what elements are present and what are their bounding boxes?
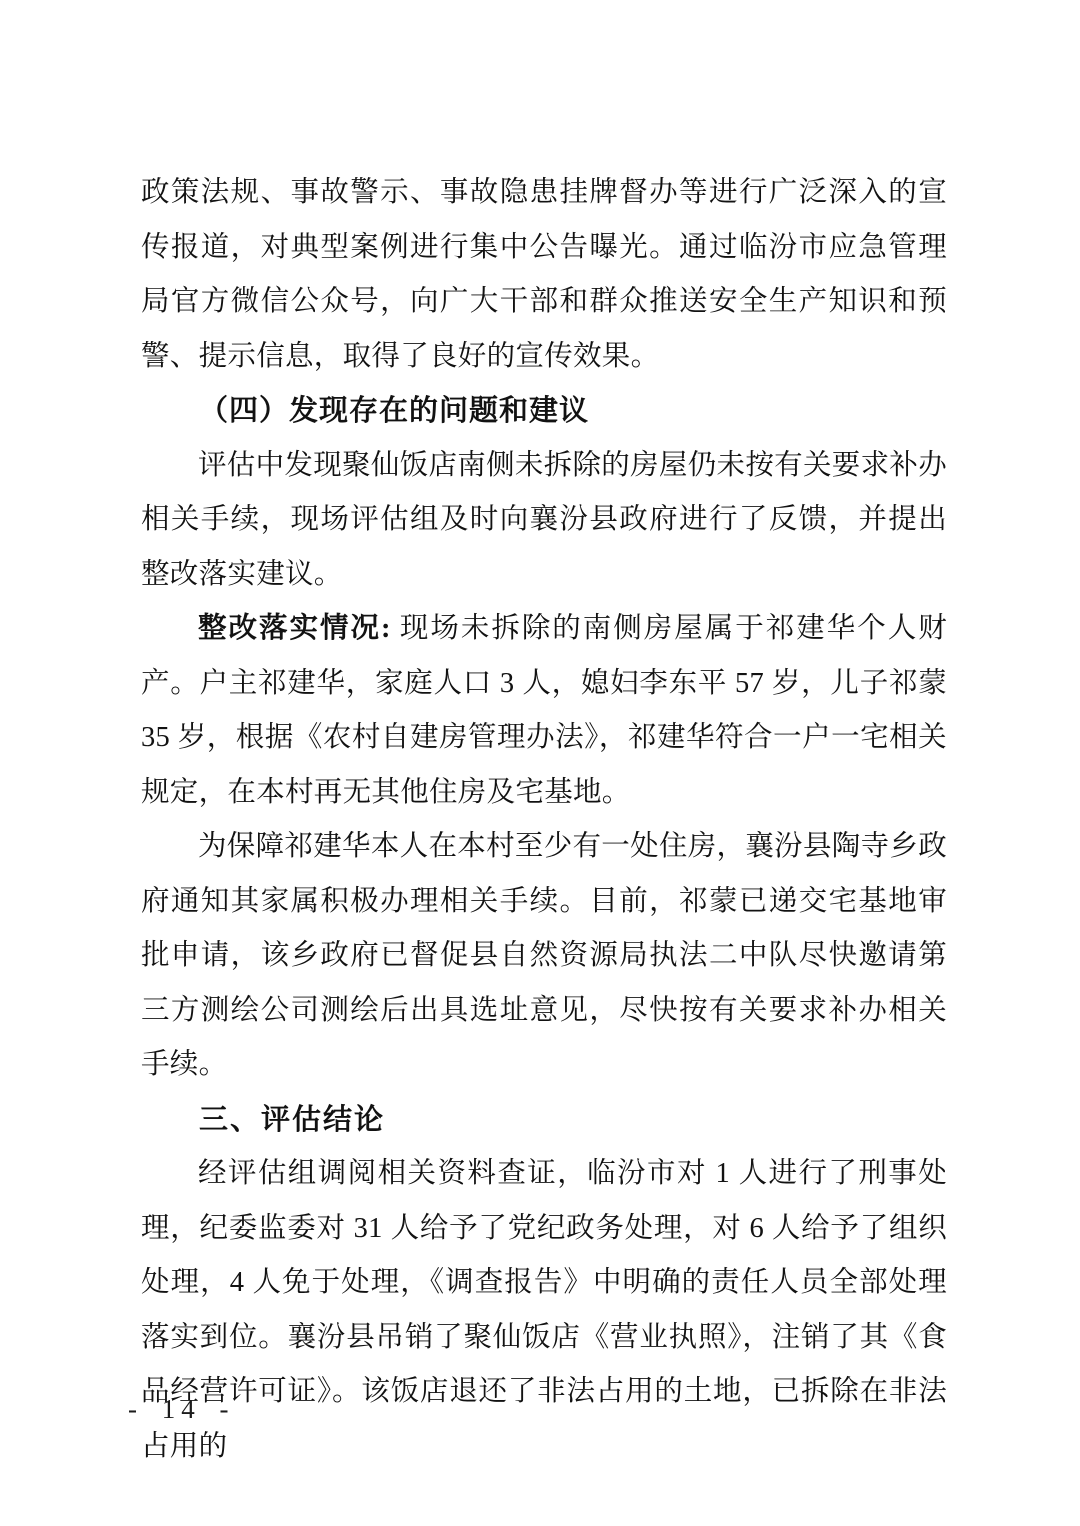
page-number: - 14 - — [128, 1394, 234, 1425]
section-heading-problems-suggestions: （四）发现存在的问题和建议 — [141, 384, 947, 439]
rectification-status-label: 整改落实情况: — [198, 613, 400, 644]
paragraph-problems-found: 评估中发现聚仙饭店南侧未拆除的房屋仍未按有关要求补办相关手续，现场评估组及时向襄… — [141, 439, 947, 603]
paragraph-housing-guarantee: 为保障祁建华本人在本村至少有一处住房，襄汾县陶寺乡政府通知其家属积极办理相关手续… — [141, 820, 947, 1093]
section-heading-evaluation-conclusion: 三、评估结论 — [141, 1093, 947, 1148]
document-body: 政策法规、事故警示、事故隐患挂牌督办等进行广泛深入的宣传报道，对典型案例进行集中… — [141, 166, 947, 1474]
paragraph-conclusion: 经评估组调阅相关资料查证，临汾市对 1 人进行了刑事处理，纪委监委对 31 人给… — [141, 1147, 947, 1474]
paragraph-publicity-continuation: 政策法规、事故警示、事故隐患挂牌督办等进行广泛深入的宣传报道，对典型案例进行集中… — [141, 166, 947, 384]
document-page: 政策法规、事故警示、事故隐患挂牌督办等进行广泛深入的宣传报道，对典型案例进行集中… — [0, 0, 1080, 1526]
paragraph-rectification-status: 整改落实情况: 现场未拆除的南侧房屋属于祁建华个人财产。户主祁建华，家庭人口 3… — [141, 602, 947, 820]
